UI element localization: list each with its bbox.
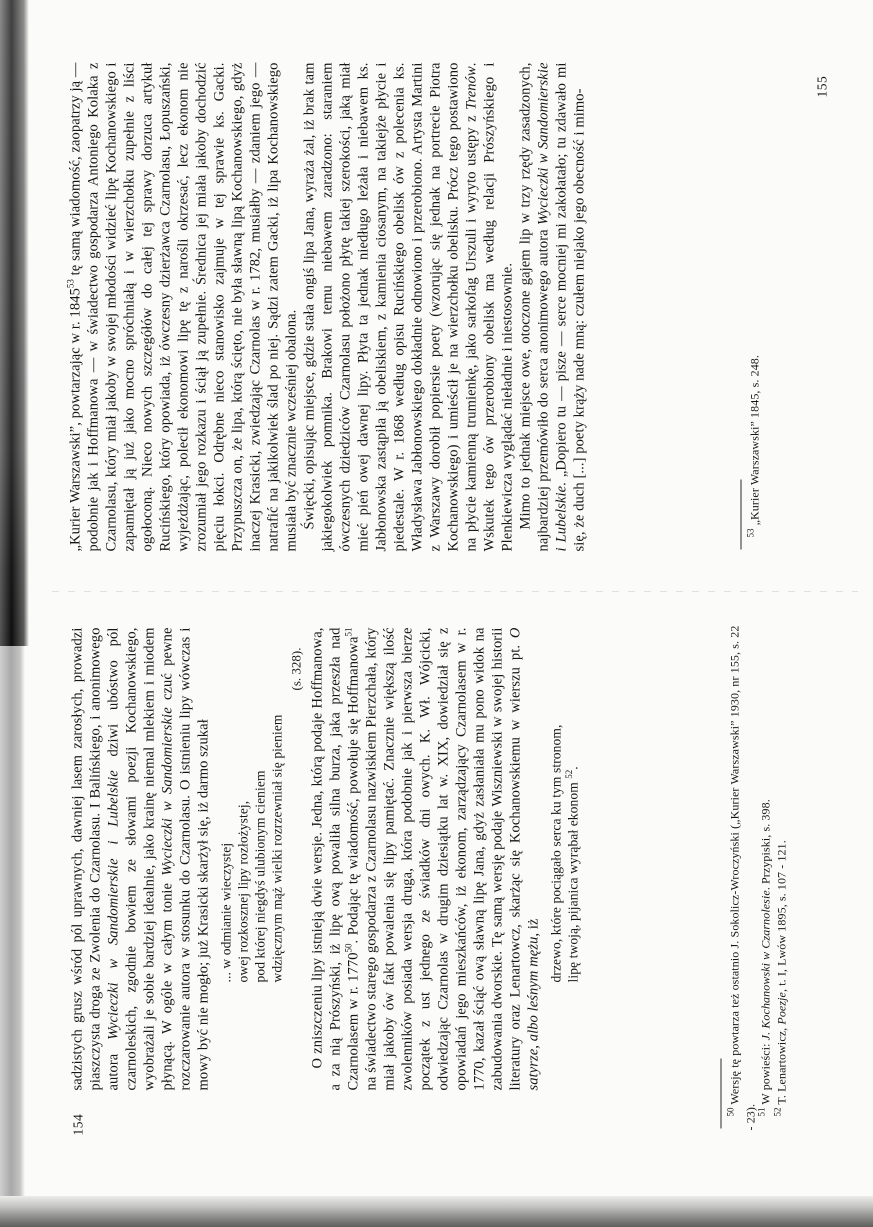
paragraph: 52 T. Lenartowicz, Poezje, t. I, Lwów 18… xyxy=(774,626,790,1131)
paragraph: ... w odmianie wieczystej xyxy=(218,628,235,983)
paragraph: owej rozkosznej lipy rozłożystej, xyxy=(235,628,252,983)
paragraph: pod której niegdyś ulubionym cieniem xyxy=(252,628,269,983)
footnote-separator-rule xyxy=(721,1059,722,1129)
page-155-main-text: „Kurier Warszawski”, powtarzając w r. 18… xyxy=(67,63,589,552)
film-edge-artifact-light xyxy=(0,646,25,1196)
page-154-opening-paragraph: sadzistych grusz wśród pól uprawnych, da… xyxy=(69,628,213,1091)
paragraph: 51 W powieści: J. Kochanowski w Czarnole… xyxy=(759,626,775,1131)
paragraph: „Kurier Warszawski”, powtarzając w r. 18… xyxy=(67,63,301,552)
paragraph: Święcki, opisując miejsce, gdzie stała o… xyxy=(301,63,517,552)
footnote-separator-rule xyxy=(741,480,742,550)
paragraph: wdzięcznym mąż wielki rozrzewniał się pi… xyxy=(269,628,286,983)
page-number-155: 155 xyxy=(815,76,831,98)
verse-citation: (s. 328). xyxy=(288,648,305,1091)
page-155: „Kurier Warszawski”, powtarzając w r. 18… xyxy=(55,55,845,560)
page-155-footnotes: 53 „Kurier Warszawski” 1845, s. 248. xyxy=(748,63,764,552)
paragraph: drzewo, które pociągało serca ku tym str… xyxy=(548,628,565,983)
page-154-middle-paragraph: O zniszczeniu lipy istnieją dwie wersje.… xyxy=(309,628,543,1091)
film-edge-artifact-dark xyxy=(0,0,29,646)
paragraph: 50 Wersję tę powtarza też ostatnio J. So… xyxy=(728,626,759,1131)
krasicki-verse-quote: ... w odmianie wieczystejowej rozkosznej… xyxy=(218,628,286,983)
page-154-footnotes: 50 Wersję tę powtarza też ostatnio J. So… xyxy=(728,626,790,1131)
scan-bottom-edge-artifact xyxy=(0,1196,873,1227)
paragraph: Mimo to jednak miejsce owe, otoczone gaj… xyxy=(517,63,589,552)
page-154-footnote-block: 50 Wersję tę powtarza też ostatnio J. So… xyxy=(721,626,790,1131)
paragraph: lipę twoją, pijanica wyrąbał ekonom 52. xyxy=(565,628,582,983)
paragraph: 53 „Kurier Warszawski” 1845, s. 248. xyxy=(748,63,764,552)
paragraph: sadzistych grusz wśród pól uprawnych, da… xyxy=(69,628,213,1091)
page-155-footnote-block: 53 „Kurier Warszawski” 1845, s. 248. xyxy=(741,63,764,552)
lenartowicz-verse-quote: drzewo, które pociągało serca ku tym str… xyxy=(548,628,582,983)
page-gutter-crease xyxy=(52,591,858,592)
page-154-main-text: sadzistych grusz wśród pól uprawnych, da… xyxy=(69,628,584,1091)
page-number-154: 154 xyxy=(71,1114,87,1136)
scanned-book-spread: { "scan": { "description_label": "book-s… xyxy=(0,0,873,1227)
paragraph: O zniszczeniu lipy istnieją dwie wersje.… xyxy=(309,628,543,1091)
page-154: 154 sadzistych grusz wśród pól uprawnych… xyxy=(59,596,801,1161)
